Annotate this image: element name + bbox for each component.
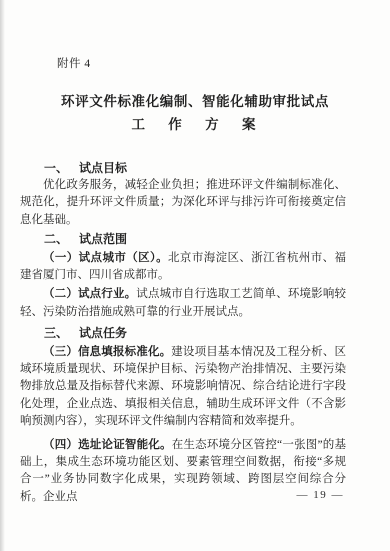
document-page: 附件 4 环评文件标准化编制、智能化辅助审批试点 工 作 方 案 一、试点目标 … [0, 0, 390, 551]
section-heading-pilot-scope: 二、试点范围 [20, 231, 346, 248]
paragraph-pilot-industries: （二）试点行业。试点城市自行选取工艺简单、环境影响较轻、污染防治措施成熟可靠的行… [20, 286, 346, 320]
section-heading-pilot-goals: 一、试点目标 [20, 160, 346, 177]
document-title: 环评文件标准化编制、智能化辅助审批试点 工 作 方 案 [25, 94, 365, 132]
document-title-line1: 环评文件标准化编制、智能化辅助审批试点 [25, 94, 365, 109]
paragraph-lead: （三）信息填报标准化。 [43, 346, 171, 358]
section-number: 三、 [44, 326, 68, 340]
section-number: 一、 [44, 161, 68, 175]
attachment-label: 附件 4 [57, 55, 91, 71]
document-title-line2: 工 作 方 案 [25, 117, 365, 132]
section-title: 试点范围 [79, 232, 127, 246]
document-body: 一、试点目标 优化政务服务，减轻企业负担；推进环评文件编制标准化、规范化，提升环… [20, 160, 346, 506]
paragraph-text: 建设项目基本情况及工程分析、区域环境质量现状、环境保护目标、污染物产治排情况、主… [20, 346, 346, 427]
section-number: 二、 [44, 232, 68, 246]
section-title: 试点目标 [79, 161, 127, 175]
section-heading-pilot-tasks: 三、试点任务 [20, 325, 346, 342]
paragraph-lead: （二）试点行业。 [43, 288, 136, 300]
paragraph-lead: （一）试点城市（区）。 [43, 252, 168, 264]
paragraph-info-standardization: （三）信息填报标准化。建设项目基本情况及工程分析、区域环境质量现状、环境保护目标… [20, 344, 346, 430]
page-number: — 19 — [297, 489, 345, 501]
paragraph-pilot-cities: （一）试点城市（区）。北京市海淀区、浙江省杭州市、福建省厦门市、四川省成都市。 [20, 250, 346, 284]
paragraph-lead: （四）选址论证智能化。 [43, 439, 172, 451]
paragraph-goals: 优化政务服务，减轻企业负担；推进环评文件编制标准化、规范化，提升环评文件质量；为… [20, 177, 346, 229]
scan-edge-shadow [0, 0, 5, 551]
paragraph-text: 优化政务服务，减轻企业负担；推进环评文件编制标准化、规范化，提升环评文件质量；为… [20, 179, 346, 225]
section-title: 试点任务 [79, 326, 127, 340]
